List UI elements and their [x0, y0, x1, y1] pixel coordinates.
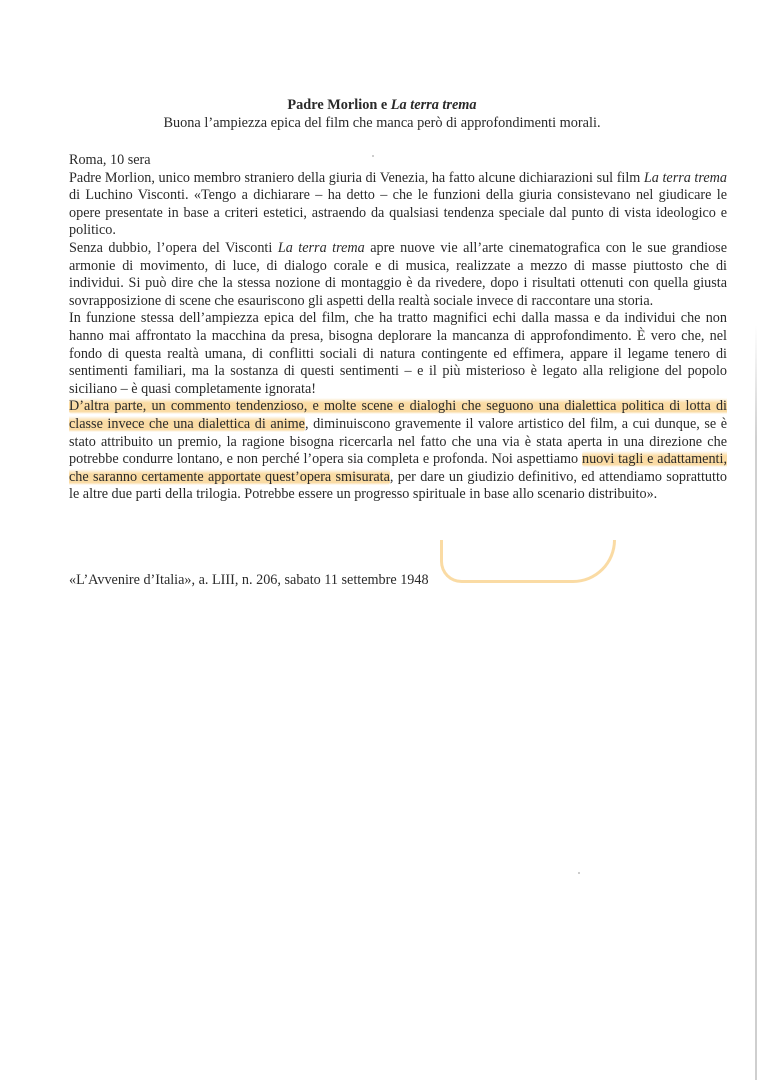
article-title: Padre Morlion e La terra trema [0, 96, 764, 114]
film-title: La terra trema [278, 240, 365, 256]
dateline: Roma, 10 sera [69, 152, 727, 170]
article-subtitle: Buona l’ampiezza epica del film che manc… [0, 114, 764, 132]
film-title: La terra trema [644, 170, 727, 186]
paragraph-2: Senza dubbio, l’opera del Visconti La te… [69, 240, 727, 310]
paragraph-1: Padre Morlion, unico membro straniero de… [69, 170, 727, 240]
scan-speck [578, 872, 580, 874]
film-title: La terra trema [391, 97, 477, 113]
source-citation: «L’Avvenire d’Italia», a. LIII, n. 206, … [69, 571, 429, 589]
article-body: Roma, 10 sera Padre Morlion, unico membr… [69, 152, 727, 504]
scan-page-edge [755, 325, 757, 1080]
paragraph-3: In funzione stessa dell’ampiezza epica d… [69, 310, 727, 398]
article-header: Padre Morlion e La terra trema Buona l’a… [0, 96, 764, 132]
highlighter-scribble [440, 540, 616, 583]
paragraph-4: D’altra parte, un commento tendenzioso, … [69, 398, 727, 504]
